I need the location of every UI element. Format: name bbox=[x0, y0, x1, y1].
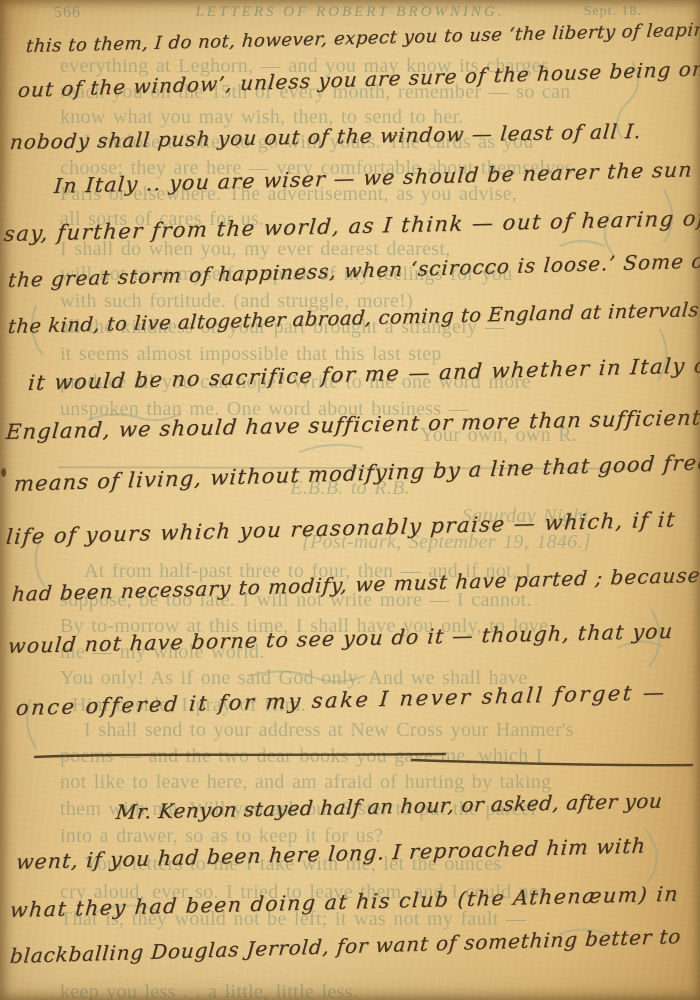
handwriting-line: England, we should have sufficient or mo… bbox=[5, 405, 700, 444]
handwriting-line: the kind, to live altogether abroad, com… bbox=[7, 298, 700, 338]
handwriting-line: say, further from the world, as I think … bbox=[3, 206, 700, 246]
handwriting-line: nobody shall push you out of the window … bbox=[9, 119, 643, 154]
handwriting-line: what they had been doing at his club (th… bbox=[9, 882, 680, 922]
book-page: 566 LETTERS OF ROBERT BROWNING. Sept. 18… bbox=[0, 0, 700, 1000]
handwriting-line: Mr. Kenyon stayed half an hour, or asked… bbox=[115, 789, 663, 824]
handwriting-line: out of the window’, unless you are sure … bbox=[17, 54, 700, 102]
handwriting-line: would not have borne to see you do it — … bbox=[7, 619, 674, 658]
handwriting-line: life of yours which you reasonably prais… bbox=[5, 508, 677, 549]
handwriting-line: had been necessary to modify, we must ha… bbox=[11, 562, 700, 606]
handwriting-line: In Italy .. you are wiser — we should be… bbox=[53, 155, 700, 198]
handwriting-line: this to them, I do not, however, expect … bbox=[25, 19, 700, 57]
handwriting-line: once offered it for my sake I never shal… bbox=[15, 680, 667, 720]
handwriting-line: went, if you had been here long. I repro… bbox=[15, 834, 647, 874]
handwriting-line: blackballing Douglas Jerrold, for want o… bbox=[9, 924, 682, 968]
handwriting-line: the great storm of happiness, when ‘scir… bbox=[7, 248, 700, 292]
handwriting-layer: this to them, I do not, however, expect … bbox=[0, 0, 700, 1000]
handwriting-line: means of living, without modifying by a … bbox=[13, 450, 700, 496]
handwritten-divider-rule bbox=[0, 744, 700, 778]
handwriting-line: it would be no sacrifice for me — and wh… bbox=[27, 353, 700, 395]
